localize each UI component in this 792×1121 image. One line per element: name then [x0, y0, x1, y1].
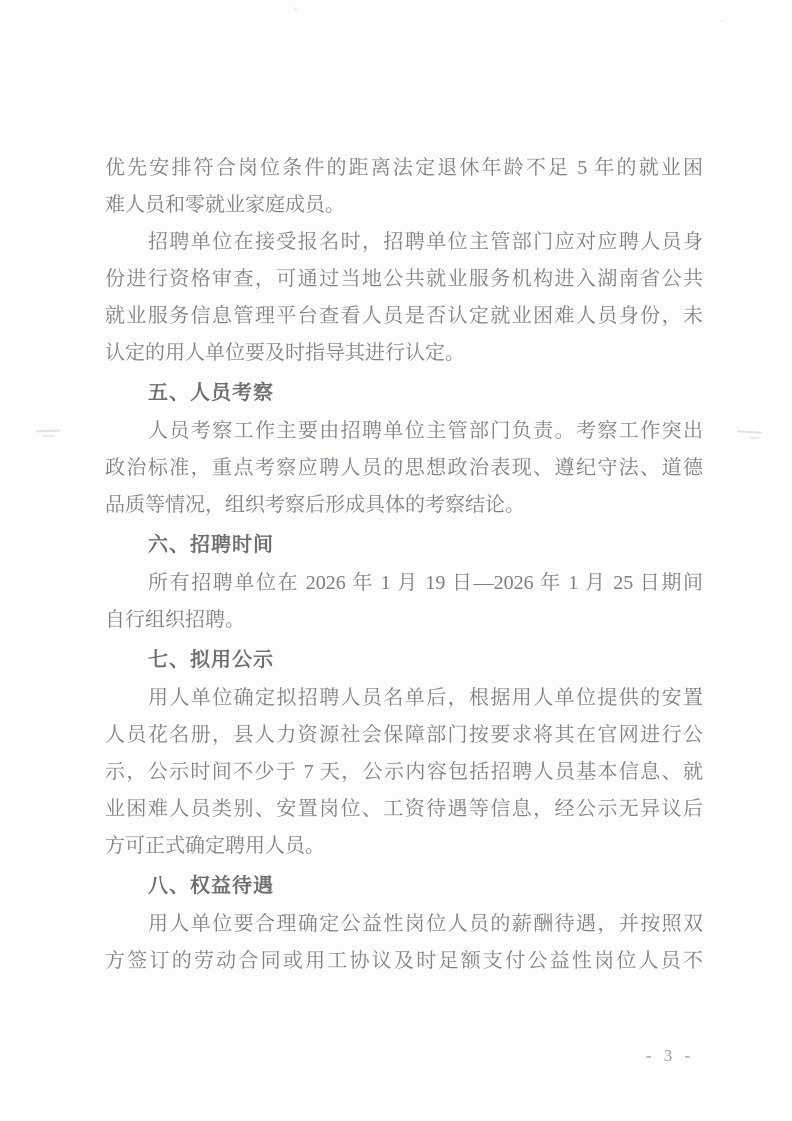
text-line: 方签订的劳动合同或用工协议及时足额支付公益性岗位人员不: [105, 943, 703, 980]
text-line: 所有招聘单位在 2026 年 1 月 19 日—2026 年 1 月 25 日期…: [105, 565, 703, 602]
text-line: 优先安排符合岗位条件的距离法定退休年龄不足 5 年的就业困: [105, 150, 703, 187]
text-line: 政治标准，重点考察应聘人员的思想政治表现、遵纪守法、道德: [105, 450, 703, 487]
text-line: 份进行资格审查，可通过当地公共就业服务机构进入湖南省公共: [105, 261, 703, 298]
section-heading: 五、人员考察: [105, 375, 703, 412]
section-heading: 八、权益待遇: [105, 868, 703, 905]
scan-artifact: [750, 437, 760, 439]
text-line: 用人单位确定拟招聘人员名单后，根据用人单位提供的安置: [105, 680, 703, 717]
scan-artifact: [720, 20, 724, 22]
scan-artifact: [42, 435, 55, 437]
text-line: 品质等情况，组织考察后形成具体的考察结论。: [105, 487, 703, 524]
text-line: 用人单位要合理确定公益性岗位人员的薪酬待遇，并按照双: [105, 906, 703, 943]
text-line: 业困难人员类别、安置岗位、工资待遇等信息，经公示无异议后: [105, 791, 703, 828]
scan-artifact: [737, 430, 762, 433]
scan-artifact: [293, 7, 298, 12]
section-heading: 七、拟用公示: [105, 642, 703, 679]
scan-artifact: [36, 430, 60, 433]
text-line: 自行组织招聘。: [105, 602, 703, 639]
document-body: 优先安排符合岗位条件的距离法定退休年龄不足 5 年的就业困难人员和零就业家庭成员…: [105, 150, 703, 980]
text-line: 认定的用人单位要及时指导其进行认定。: [105, 335, 703, 372]
text-line: 招聘单位在接受报名时，招聘单位主管部门应对应聘人员身: [105, 224, 703, 261]
text-line: 方可正式确定聘用人员。: [105, 828, 703, 865]
text-line: 人员花名册，县人力资源社会保障部门按要求将其在官网进行公: [105, 717, 703, 754]
section-heading: 六、招聘时间: [105, 527, 703, 564]
text-line: 示，公示时间不少于 7 天，公示内容包括招聘人员基本信息、就: [105, 754, 703, 791]
text-line: 人员考察工作主要由招聘单位主管部门负责。考察工作突出: [105, 413, 703, 450]
text-line: 就业服务信息管理平台查看人员是否认定就业困难人员身份，未: [105, 298, 703, 335]
scanned-document-page: 优先安排符合岗位条件的距离法定退休年龄不足 5 年的就业困难人员和零就业家庭成员…: [0, 0, 792, 1121]
page-number: - 3 -: [638, 1046, 702, 1066]
text-line: 难人员和零就业家庭成员。: [105, 187, 703, 224]
